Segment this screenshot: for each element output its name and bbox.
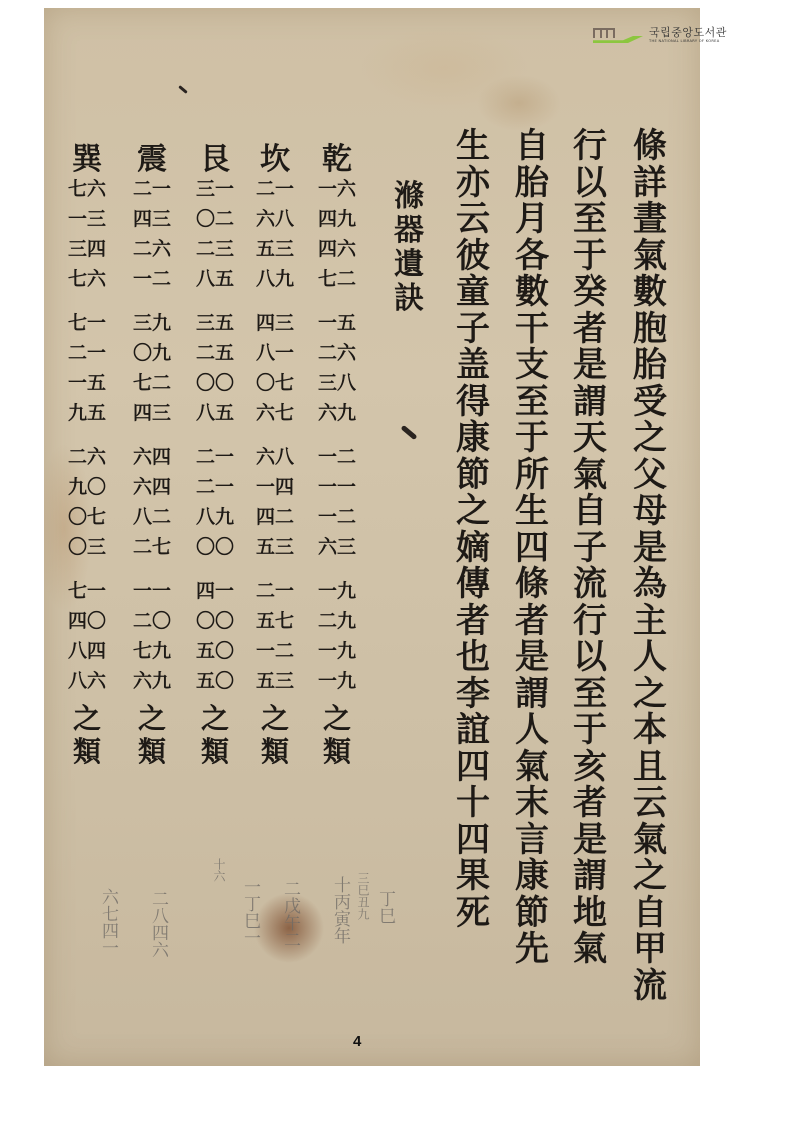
- glyph: 者: [515, 603, 549, 640]
- text-column-3: 自胎月各數干支至于所生四條者是謂人氣末言康節先: [515, 128, 549, 968]
- number-pair: 一五: [68, 374, 106, 404]
- number-pair: 二六: [133, 240, 171, 270]
- number-pair: 一一: [133, 582, 171, 612]
- section-heading: 滌器遺訣: [394, 180, 424, 316]
- trigram-label: 坎: [260, 143, 290, 176]
- number-pair: 二一: [196, 448, 234, 478]
- glyph: 之: [633, 420, 667, 457]
- glyph: 胎: [633, 347, 667, 384]
- trigram-column-gen: 艮三一〇二二三八五三五二五〇〇八五二一二一八九〇〇四一〇〇五〇五〇之類: [196, 143, 234, 768]
- suffix-glyph: 之: [201, 702, 229, 735]
- number-pair: 五三: [256, 672, 294, 702]
- glyph: 干: [515, 311, 549, 348]
- number-pair: 七一: [68, 582, 106, 612]
- number-pair: 〇〇: [196, 538, 234, 568]
- glyph: 之: [633, 858, 667, 895]
- glyph: 康: [515, 858, 549, 895]
- heading-glyph: 滌: [394, 180, 424, 214]
- glyph: 云: [633, 785, 667, 822]
- glyph: 死: [456, 895, 490, 932]
- number-pair: 〇九: [133, 344, 171, 374]
- trigram-column-qian: 乾一六四九四六七二一五二六三八六九一二一一一二六三一九二九一九一九之類: [318, 143, 356, 768]
- number-pair: 二一: [133, 180, 171, 210]
- number-pair: 八一: [256, 344, 294, 374]
- number-pair: 五七: [256, 612, 294, 642]
- number-pair: 七九: [133, 642, 171, 672]
- glyph: 行: [573, 603, 607, 640]
- number-pair: 七二: [133, 374, 171, 404]
- suffix-glyph: 之: [261, 702, 289, 735]
- number-pair: 三一: [196, 180, 234, 210]
- glyph: 行: [573, 128, 607, 165]
- glyph: 至: [573, 201, 607, 238]
- glyph: 于: [515, 420, 549, 457]
- glyph: 得: [456, 384, 490, 421]
- number-pair: 七六: [68, 270, 106, 300]
- number-pair: 七二: [318, 270, 356, 300]
- text-column-1: 條詳晝氣數胞胎受之父母是為主人之本且云氣之自甲流: [633, 128, 667, 1004]
- number-pair: 四一: [196, 582, 234, 612]
- number-pair: 八九: [196, 508, 234, 538]
- trigram-label: 巽: [72, 143, 102, 176]
- glyph: 節: [515, 895, 549, 932]
- number-pair: 四九: [318, 210, 356, 240]
- number-pair: 一二: [318, 448, 356, 478]
- number-pair: 九五: [68, 404, 106, 434]
- number-pair: 四〇: [68, 612, 106, 642]
- number-pair: 八五: [196, 404, 234, 434]
- library-logo-icon: [593, 26, 643, 44]
- glyph: 云: [456, 201, 490, 238]
- number-pair: 〇〇: [196, 374, 234, 404]
- number-pair: 二一: [256, 180, 294, 210]
- glyph: 至: [515, 384, 549, 421]
- number-pair: 一二: [133, 270, 171, 300]
- glyph: 主: [633, 603, 667, 640]
- suffix-glyph: 類: [261, 735, 289, 768]
- number-pair: 一九: [318, 582, 356, 612]
- glyph: 以: [573, 639, 607, 676]
- glyph: 是: [515, 639, 549, 676]
- glyph: 先: [515, 931, 549, 968]
- glyph: 亥: [573, 749, 607, 786]
- glyph: 謂: [515, 676, 549, 713]
- number-pair: 二六: [318, 344, 356, 374]
- library-logo: 국립중앙도서관 THE NATIONAL LIBRARY OF KOREA: [593, 26, 727, 44]
- number-pair: 〇三: [68, 538, 106, 568]
- trigram-column-zhen: 震二一四三二六一二三九〇九七二四三六四六四八二二七一一二〇七九六九之類: [133, 143, 171, 768]
- glyph: 流: [633, 968, 667, 1005]
- glyph: 至: [573, 676, 607, 713]
- glyph: 子: [456, 311, 490, 348]
- number-pair: 二三: [196, 240, 234, 270]
- glyph: 謂: [573, 858, 607, 895]
- glyph: 自: [633, 895, 667, 932]
- number-pair: 〇七: [68, 508, 106, 538]
- glyph: 節: [456, 457, 490, 494]
- glyph: 晝: [633, 201, 667, 238]
- number-pair: 五三: [256, 538, 294, 568]
- glyph: 四: [515, 530, 549, 567]
- number-pair: 六三: [318, 538, 356, 568]
- number-pair: 三四: [68, 240, 106, 270]
- glyph: 亦: [456, 165, 490, 202]
- glyph: 以: [573, 165, 607, 202]
- number-pair: 二六: [68, 448, 106, 478]
- glyph: 氣: [573, 931, 607, 968]
- number-pair: 五〇: [196, 672, 234, 702]
- suffix-glyph: 之: [323, 702, 351, 735]
- glyph: 者: [573, 311, 607, 348]
- glyph: 癸: [573, 274, 607, 311]
- glyph: 為: [633, 566, 667, 603]
- number-pair: 八六: [68, 672, 106, 702]
- heading-glyph: 訣: [394, 282, 424, 316]
- number-pair: 一四: [256, 478, 294, 508]
- number-pair: 六七: [256, 404, 294, 434]
- glyph: 各: [515, 238, 549, 275]
- glyph: 之: [456, 493, 490, 530]
- glyph: 數: [515, 274, 549, 311]
- number-pair: 〇七: [256, 374, 294, 404]
- trigram-label: 震: [137, 143, 167, 176]
- glyph: 條: [515, 566, 549, 603]
- pencil-note: 一丁巳一: [240, 878, 260, 946]
- number-pair: 六九: [133, 672, 171, 702]
- pencil-note: 丁巳: [375, 890, 395, 924]
- glyph: 也: [456, 639, 490, 676]
- glyph: 盖: [456, 347, 490, 384]
- number-pair: 〇〇: [196, 612, 234, 642]
- number-pair: 一一: [318, 478, 356, 508]
- glyph: 四: [456, 822, 490, 859]
- number-pair: 一二: [318, 508, 356, 538]
- glyph: 童: [456, 274, 490, 311]
- number-pair: 八四: [68, 642, 106, 672]
- pencil-note: 二戊午二: [280, 880, 300, 948]
- number-pair: 一三: [68, 210, 106, 240]
- glyph: 支: [515, 347, 549, 384]
- glyph: 天: [573, 420, 607, 457]
- heading-glyph: 遺: [394, 248, 424, 282]
- number-pair: 一二: [256, 642, 294, 672]
- glyph: 者: [456, 603, 490, 640]
- number-pair: 〇二: [196, 210, 234, 240]
- number-pair: 四二: [256, 508, 294, 538]
- glyph: 是: [573, 822, 607, 859]
- number-pair: 六九: [318, 404, 356, 434]
- number-pair: 二一: [68, 344, 106, 374]
- logo-english-text: THE NATIONAL LIBRARY OF KOREA: [649, 40, 727, 44]
- number-pair: 二五: [196, 344, 234, 374]
- pencil-note: 十丙寅年: [330, 876, 350, 944]
- glyph: 胎: [515, 165, 549, 202]
- glyph: 李: [456, 676, 490, 713]
- trigram-label: 乾: [322, 143, 352, 176]
- number-pair: 四三: [256, 314, 294, 344]
- glyph: 本: [633, 712, 667, 749]
- glyph: 是: [573, 347, 607, 384]
- glyph: 言: [515, 822, 549, 859]
- number-pair: 九〇: [68, 478, 106, 508]
- glyph: 傳: [456, 566, 490, 603]
- number-pair: 一九: [318, 672, 356, 702]
- suffix-glyph: 類: [138, 735, 166, 768]
- glyph: 謂: [573, 384, 607, 421]
- number-pair: 六四: [133, 478, 171, 508]
- glyph: 父: [633, 457, 667, 494]
- glyph: 詳: [633, 165, 667, 202]
- trigram-column-xun: 巽七六一三三四七六七一二一一五九五二六九〇〇七〇三七一四〇八四八六之類: [68, 143, 106, 768]
- page-number: 4: [353, 1033, 361, 1050]
- glyph: 母: [633, 493, 667, 530]
- glyph: 所: [515, 457, 549, 494]
- suffix-glyph: 之: [138, 702, 166, 735]
- pencil-note: 三巳丑九: [356, 872, 370, 920]
- glyph: 月: [515, 201, 549, 238]
- number-pair: 三九: [133, 314, 171, 344]
- number-pair: 四三: [133, 210, 171, 240]
- text-column-2: 行以至于癸者是謂天氣自子流行以至于亥者是謂地氣: [573, 128, 607, 968]
- glyph: 是: [633, 530, 667, 567]
- pencil-note: 二八四六: [148, 890, 168, 958]
- glyph: 氣: [633, 822, 667, 859]
- glyph: 地: [573, 895, 607, 932]
- number-pair: 七一: [68, 314, 106, 344]
- number-pair: 二一: [256, 582, 294, 612]
- glyph: 自: [515, 128, 549, 165]
- glyph: 流: [573, 566, 607, 603]
- glyph: 自: [573, 493, 607, 530]
- glyph: 生: [456, 128, 490, 165]
- number-pair: 八五: [196, 270, 234, 300]
- glyph: 嫡: [456, 530, 490, 567]
- number-pair: 一五: [318, 314, 356, 344]
- glyph: 氣: [633, 238, 667, 275]
- heading-glyph: 器: [394, 214, 424, 248]
- glyph: 甲: [633, 931, 667, 968]
- number-pair: 三八: [318, 374, 356, 404]
- number-pair: 六八: [256, 210, 294, 240]
- number-pair: 五〇: [196, 642, 234, 672]
- glyph: 條: [633, 128, 667, 165]
- text-column-4: 生亦云彼童子盖得康節之嫡傳者也李誼四十四果死: [456, 128, 490, 931]
- number-pair: 二七: [133, 538, 171, 568]
- number-pair: 七六: [68, 180, 106, 210]
- glyph: 末: [515, 785, 549, 822]
- glyph: 數: [633, 274, 667, 311]
- glyph: 氣: [515, 749, 549, 786]
- glyph: 且: [633, 749, 667, 786]
- glyph: 人: [515, 712, 549, 749]
- number-pair: 六八: [256, 448, 294, 478]
- number-pair: 五三: [256, 240, 294, 270]
- glyph: 康: [456, 420, 490, 457]
- glyph: 十: [456, 785, 490, 822]
- number-pair: 一六: [318, 180, 356, 210]
- glyph: 彼: [456, 238, 490, 275]
- number-pair: 四六: [318, 240, 356, 270]
- number-pair: 一九: [318, 642, 356, 672]
- number-pair: 二一: [196, 478, 234, 508]
- glyph: 于: [573, 712, 607, 749]
- glyph: 于: [573, 238, 607, 275]
- number-pair: 六四: [133, 448, 171, 478]
- glyph: 誼: [456, 712, 490, 749]
- pencil-note: 六七四一: [98, 888, 118, 956]
- number-pair: 八九: [256, 270, 294, 300]
- glyph: 氣: [573, 457, 607, 494]
- number-pair: 八二: [133, 508, 171, 538]
- glyph: 人: [633, 639, 667, 676]
- glyph: 子: [573, 530, 607, 567]
- number-pair: 二〇: [133, 612, 171, 642]
- number-pair: 四三: [133, 404, 171, 434]
- number-pair: 二九: [318, 612, 356, 642]
- glyph: 之: [633, 676, 667, 713]
- glyph: 生: [515, 493, 549, 530]
- pencil-note: 十六: [212, 858, 226, 882]
- logo-korean-text: 국립중앙도서관: [649, 27, 727, 38]
- trigram-column-kan: 坎二一六八五三八九四三八一〇七六七六八一四四二五三二一五七一二五三之類: [256, 143, 294, 768]
- suffix-glyph: 類: [201, 735, 229, 768]
- glyph: 胞: [633, 311, 667, 348]
- suffix-glyph: 類: [323, 735, 351, 768]
- glyph: 果: [456, 858, 490, 895]
- number-pair: 三五: [196, 314, 234, 344]
- glyph: 者: [573, 785, 607, 822]
- suffix-glyph: 之: [73, 702, 101, 735]
- trigram-label: 艮: [200, 143, 230, 176]
- glyph: 四: [456, 749, 490, 786]
- glyph: 受: [633, 384, 667, 421]
- suffix-glyph: 類: [73, 735, 101, 768]
